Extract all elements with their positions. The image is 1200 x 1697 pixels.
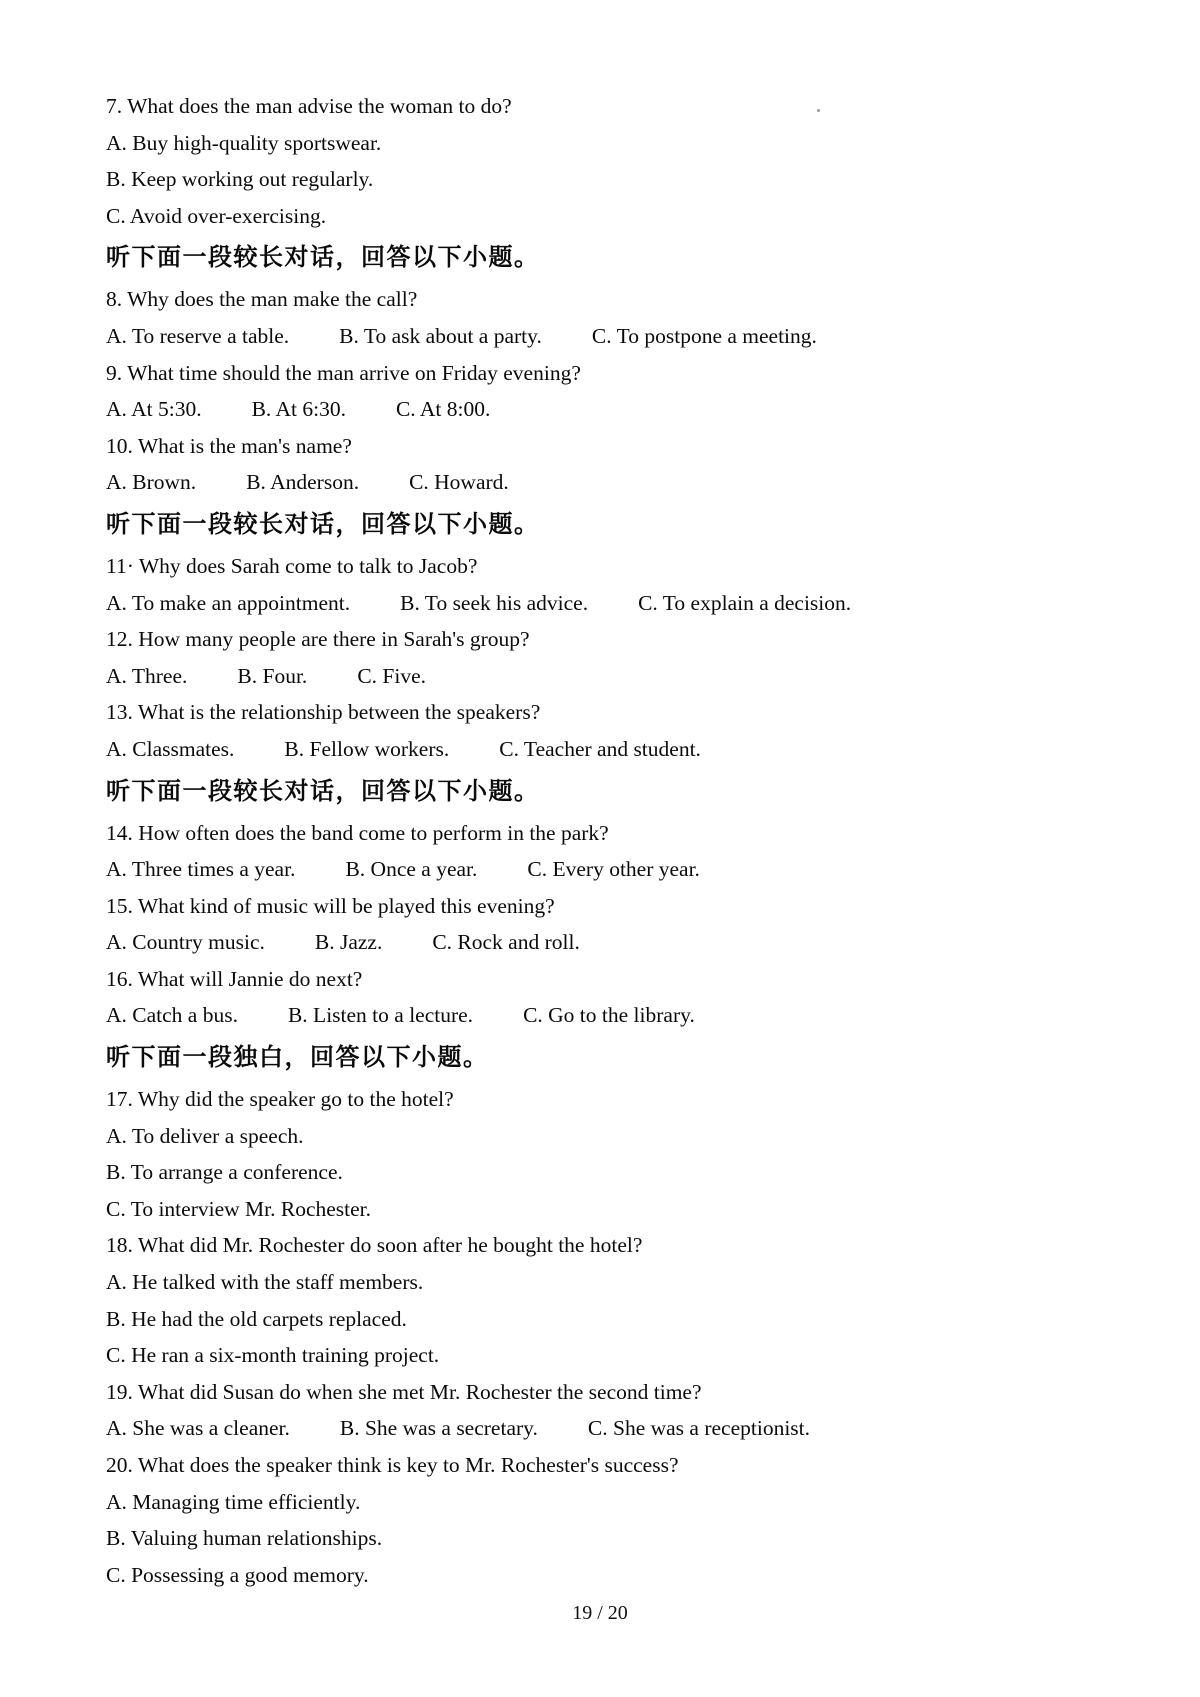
option-text: A. At 5:30. — [106, 391, 202, 428]
question-text: 11· Why does Sarah come to talk to Jacob… — [106, 548, 1146, 585]
section-header: 听下面一段较长对话，回答以下小题。 — [106, 768, 1146, 815]
option-text: A. Three. — [106, 658, 187, 695]
document-body: 7. What does the man advise the woman to… — [106, 88, 1146, 1593]
option-text: A. Managing time efficiently. — [106, 1484, 1146, 1521]
option-text: C. To explain a decision. — [638, 585, 851, 622]
question-text: 14. How often does the band come to perf… — [106, 815, 1146, 852]
question-text: 16. What will Jannie do next? — [106, 961, 1146, 998]
option-row: A. Classmates.B. Fellow workers.C. Teach… — [106, 731, 1146, 768]
option-text: C. Every other year. — [527, 851, 700, 888]
option-text: A. He talked with the staff members. — [106, 1264, 1146, 1301]
page-number: 19 / 20 — [0, 1598, 1200, 1628]
option-text: A. Buy high-quality sportswear. — [106, 125, 1146, 162]
question-text: 9. What time should the man arrive on Fr… — [106, 355, 1146, 392]
option-text: A. To reserve a table. — [106, 318, 289, 355]
option-text: C. Rock and roll. — [432, 924, 580, 961]
option-text: B. To seek his advice. — [400, 585, 588, 622]
option-text: C. She was a receptionist. — [588, 1410, 810, 1447]
option-text: C. He ran a six-month training project. — [106, 1337, 1146, 1374]
option-row: A. Country music.B. Jazz.C. Rock and rol… — [106, 924, 1146, 961]
option-text: C. Five. — [357, 658, 426, 695]
option-text: A. Catch a bus. — [106, 997, 238, 1034]
option-text: A. To make an appointment. — [106, 585, 350, 622]
option-text: C. Possessing a good memory. — [106, 1557, 1146, 1594]
option-text: B. Anderson. — [246, 464, 359, 501]
option-text: A. Brown. — [106, 464, 196, 501]
option-text: A. Country music. — [106, 924, 265, 961]
question-text: 18. What did Mr. Rochester do soon after… — [106, 1227, 1146, 1264]
option-text: B. Once a year. — [345, 851, 477, 888]
option-text: A. To deliver a speech. — [106, 1118, 1146, 1155]
question-text: 7. What does the man advise the woman to… — [106, 88, 1146, 125]
option-text: B. Listen to a lecture. — [288, 997, 473, 1034]
option-text: C. Teacher and student. — [499, 731, 701, 768]
option-text: B. She was a secretary. — [340, 1410, 538, 1447]
section-header: 听下面一段独白，回答以下小题。 — [106, 1034, 1146, 1081]
option-text: B. To arrange a conference. — [106, 1154, 1146, 1191]
option-text: B. He had the old carpets replaced. — [106, 1301, 1146, 1338]
option-text: C. Go to the library. — [523, 997, 695, 1034]
option-text: B. Four. — [237, 658, 307, 695]
option-text: A. Three times a year. — [106, 851, 295, 888]
section-header: 听下面一段较长对话，回答以下小题。 — [106, 234, 1146, 281]
question-text: 20. What does the speaker think is key t… — [106, 1447, 1146, 1484]
question-text: 12. How many people are there in Sarah's… — [106, 621, 1146, 658]
option-text: C. At 8:00. — [396, 391, 490, 428]
question-text: 10. What is the man's name? — [106, 428, 1146, 465]
question-text: 13. What is the relationship between the… — [106, 694, 1146, 731]
option-row: A. Catch a bus.B. Listen to a lecture.C.… — [106, 997, 1146, 1034]
option-text: C. To interview Mr. Rochester. — [106, 1191, 1146, 1228]
option-row: A. To reserve a table.B. To ask about a … — [106, 318, 1146, 355]
option-text: C. To postpone a meeting. — [592, 318, 817, 355]
question-text: 17. Why did the speaker go to the hotel? — [106, 1081, 1146, 1118]
option-row: A. At 5:30.B. At 6:30.C. At 8:00. — [106, 391, 1146, 428]
option-row: A. Brown.B. Anderson.C. Howard. — [106, 464, 1146, 501]
question-text: 19. What did Susan do when she met Mr. R… — [106, 1374, 1146, 1411]
option-text: B. Fellow workers. — [284, 731, 449, 768]
option-row: A. Three.B. Four.C. Five. — [106, 658, 1146, 695]
option-text: C. Howard. — [409, 464, 509, 501]
option-text: A. Classmates. — [106, 731, 234, 768]
option-row: A. Three times a year.B. Once a year.C. … — [106, 851, 1146, 888]
option-text: B. Keep working out regularly. — [106, 161, 1146, 198]
exam-paper-page: 7. What does the man advise the woman to… — [0, 0, 1200, 1697]
option-row: A. She was a cleaner.B. She was a secret… — [106, 1410, 1146, 1447]
option-text: A. She was a cleaner. — [106, 1410, 290, 1447]
option-text: B. To ask about a party. — [339, 318, 542, 355]
question-text: 15. What kind of music will be played th… — [106, 888, 1146, 925]
section-header: 听下面一段较长对话，回答以下小题。 — [106, 501, 1146, 548]
question-text: 8. Why does the man make the call? — [106, 281, 1146, 318]
option-text: B. At 6:30. — [252, 391, 346, 428]
option-row: A. To make an appointment.B. To seek his… — [106, 585, 1146, 622]
option-text: B. Jazz. — [315, 924, 382, 961]
option-text: C. Avoid over-exercising. — [106, 198, 1146, 235]
option-text: B. Valuing human relationships. — [106, 1520, 1146, 1557]
